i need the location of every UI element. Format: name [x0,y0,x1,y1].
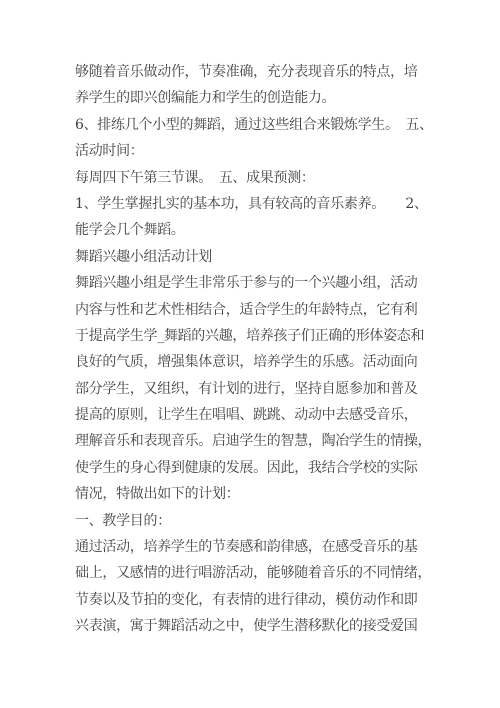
text-line: 理解音乐和表现音乐。启迪学生的智慧，陶冶学生的情操， [75,428,500,454]
text-line: 良好的气质，增强集体意识，培养学生的乐感。活动面向 [75,349,500,375]
text-line: 提高的原则，让学生在唱唱、跳跳、动动中去感受音乐， [75,402,500,428]
text-line: 6、排练几个小型的舞蹈，通过这些组合来锻炼学生。 五、 [75,112,500,138]
text-line: 础上，又感情的进行唱游活动，能够随着音乐的不同情绪， [75,560,500,586]
document-page: 够随着音乐做动作，节奏准确，充分表现音乐的特点，培 养学生的即兴创编能力和学生的… [0,0,500,708]
text-line: 情况，特做出如下的计划： [75,481,500,507]
text-line: 能学会几个舞蹈。 [75,217,500,243]
text-line: 使学生的身心得到健康的发展。因此，我结合学校的实际 [75,455,500,481]
text-line: 舞蹈兴趣小组是学生非常乐于参与的一个兴趣小组，活动 [75,270,500,296]
text-line: 每周四下午第三节课。 五、成果预测： [75,165,500,191]
text-line: 活动时间： [75,138,500,164]
text-line: 1、学生掌握扎实的基本功，具有较高的音乐素养。 2、 [75,191,500,217]
text-line: 兴表演，寓于舞蹈活动之中，使学生潜移默化的接受爱国 [75,613,500,639]
text-line: 一、教学目的： [75,508,500,534]
text-line: 部分学生，又组织，有计划的进行，坚持自愿参加和普及 [75,376,500,402]
document-title-line: 舞蹈兴趣小组活动计划 [75,244,500,270]
text-line: 通过活动，培养学生的节奏感和韵律感，在感受音乐的基 [75,534,500,560]
text-line: 养学生的即兴创编能力和学生的创造能力。 [75,85,500,111]
text-line: 于提高学生学_舞蹈的兴趣，培养孩子们正确的形体姿态和 [75,323,500,349]
text-line: 够随着音乐做动作，节奏准确，充分表现音乐的特点，培 [75,59,500,85]
text-line: 节奏以及节拍的变化，有表情的进行律动，模仿动作和即 [75,587,500,613]
text-line: 内容与性和艺术性相结合，适合学生的年龄特点，它有利 [75,297,500,323]
